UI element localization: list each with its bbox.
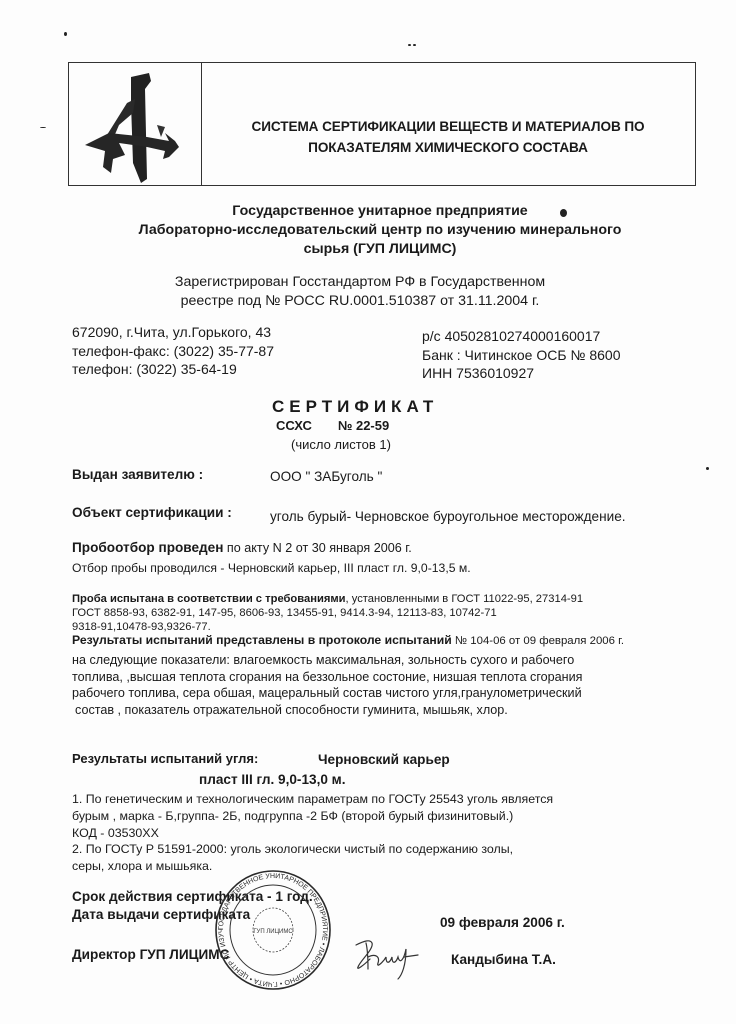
bank-details-block: р/с 40502810274000160017 Банк : Читинско…	[422, 327, 621, 383]
indicators-line: на следующие показатели: влагоемкость ма…	[72, 652, 582, 669]
issue-date-value: 09 февраля 2006 г.	[440, 915, 565, 930]
results-list: 1. По генетическим и технологическим пар…	[72, 791, 553, 875]
phone: телефон: (3022) 35-64-19	[72, 360, 274, 379]
issued-to-value: ООО " ЗАБуголь "	[270, 469, 382, 484]
indicators-block: на следующие показатели: влагоемкость ма…	[72, 652, 582, 718]
address: 672090, г.Чита, ул.Горького, 43	[72, 323, 274, 342]
organization-line1: Государственное унитарное предприятие	[60, 202, 700, 221]
results-protocol-line: Результаты испытаний представлены в прот…	[72, 633, 624, 647]
results-quarry: Черновский карьер	[318, 752, 450, 767]
scan-speck	[64, 32, 67, 36]
certificate-number: ССХС№ 22-59	[276, 418, 389, 433]
indicators-line: рабочего топлива, сера обшая, мацеральны…	[72, 685, 582, 702]
sampling-value: по акту N 2 от 30 января 2006 г.	[223, 541, 411, 555]
scan-speck	[40, 127, 46, 128]
scan-speck	[706, 467, 709, 470]
results-protocol-value: № 104-06 от 09 февраля 2006 г.	[452, 635, 624, 647]
issued-to-label: Выдан заявителю :	[72, 467, 203, 482]
results-item: 2. По ГОСТу Р 51591-2000: уголь экологич…	[72, 841, 553, 858]
testing-standards-1: , установленными в ГОСТ 11022-95, 27314-…	[346, 593, 584, 605]
registration-info: Зарегистрирован Госстандартом РФ в Госуд…	[60, 273, 660, 311]
results-item: 1. По генетическим и технологическим пар…	[72, 791, 553, 808]
system-title-line1: СИСТЕМА СЕРТИФИКАЦИИ ВЕЩЕСТВ И МАТЕРИАЛО…	[201, 116, 695, 137]
scan-speck	[408, 44, 411, 46]
testing-label: Проба испытана в соответствии с требован…	[72, 593, 346, 605]
testing-standards-block: Проба испытана в соответствии с требован…	[72, 592, 583, 634]
results-label: Результаты испытаний угля:	[72, 751, 258, 766]
sheet-count: (число листов 1)	[291, 437, 391, 452]
scan-speck	[413, 44, 416, 46]
logo-cell	[69, 63, 202, 185]
system-title: СИСТЕМА СЕРТИФИКАЦИИ ВЕЩЕСТВ И МАТЕРИАЛО…	[201, 116, 695, 158]
director-label: Директор ГУП ЛИЦИМС	[72, 947, 229, 962]
phone-fax: телефон-факс: (3022) 35-77-87	[72, 342, 274, 361]
certificate-no: № 22-59	[338, 418, 389, 433]
bank-name: Банк : Читинское ОСБ № 8600	[422, 346, 621, 365]
registration-line2: реестре под № РОСС RU.0001.510387 от 31.…	[60, 292, 660, 311]
sampling-line: Пробоотбор проведен по акту N 2 от 30 ян…	[72, 540, 412, 555]
director-name: Кандыбина Т.А.	[451, 952, 556, 967]
results-item: бурым , марка - Б,группа- 2Б, подгруппа …	[72, 808, 553, 825]
object-label: Объект сертификации :	[72, 505, 232, 520]
organization-line2: Лабораторно-исследовательский центр по и…	[60, 221, 700, 240]
registration-line1: Зарегистрирован Госстандартом РФ в Госуд…	[60, 273, 660, 292]
organization-name: Государственное унитарное предприятие Ла…	[60, 202, 700, 259]
signature-icon	[350, 935, 422, 981]
testing-standards-2: ГОСТ 8858-93, 6382-91, 147-95, 8606-93, …	[72, 606, 583, 620]
bank-account: р/с 40502810274000160017	[422, 327, 621, 346]
system-title-line2: ПОКАЗАТЕЛЯМ ХИМИЧЕСКОГО СОСТАВА	[201, 137, 695, 158]
certificate-series: ССХС	[276, 418, 312, 433]
inn: ИНН 7536010927	[422, 364, 621, 383]
indicators-line: состав , показатель отражательной способ…	[72, 702, 582, 719]
results-seam: пласт III гл. 9,0-13,0 м.	[199, 772, 346, 787]
results-protocol-label: Результаты испытаний представлены в прот…	[72, 633, 452, 647]
official-seal-icon: ГОСУДАРСТВЕННОЕ УНИТАРНОЕ ПРЕДПРИЯТИЕ • …	[214, 869, 332, 991]
logo-icon	[69, 63, 199, 185]
sampling-label: Пробоотбор проведен	[72, 540, 223, 555]
sampling-place: Отбор пробы проводился - Черновский карь…	[72, 561, 471, 575]
svg-text:ГУП ЛИЦИМС: ГУП ЛИЦИМС	[253, 929, 293, 935]
certificate-title: СЕРТИФИКАТ	[272, 397, 438, 417]
indicators-line: топлива, ,высшая теплота сгорания на без…	[72, 669, 582, 686]
object-value: уголь бурый- Черновское буроугольное мес…	[270, 509, 626, 524]
testing-standards-3: 9318-91,10478-93,9326-77.	[72, 620, 583, 634]
results-item: КОД - 03530ХХ	[72, 825, 553, 842]
organization-line3: сырья (ГУП ЛИЦИМС)	[60, 240, 700, 259]
certification-system-header: СИСТЕМА СЕРТИФИКАЦИИ ВЕЩЕСТВ И МАТЕРИАЛО…	[68, 62, 696, 186]
contact-address-block: 672090, г.Чита, ул.Горького, 43 телефон-…	[72, 323, 274, 379]
